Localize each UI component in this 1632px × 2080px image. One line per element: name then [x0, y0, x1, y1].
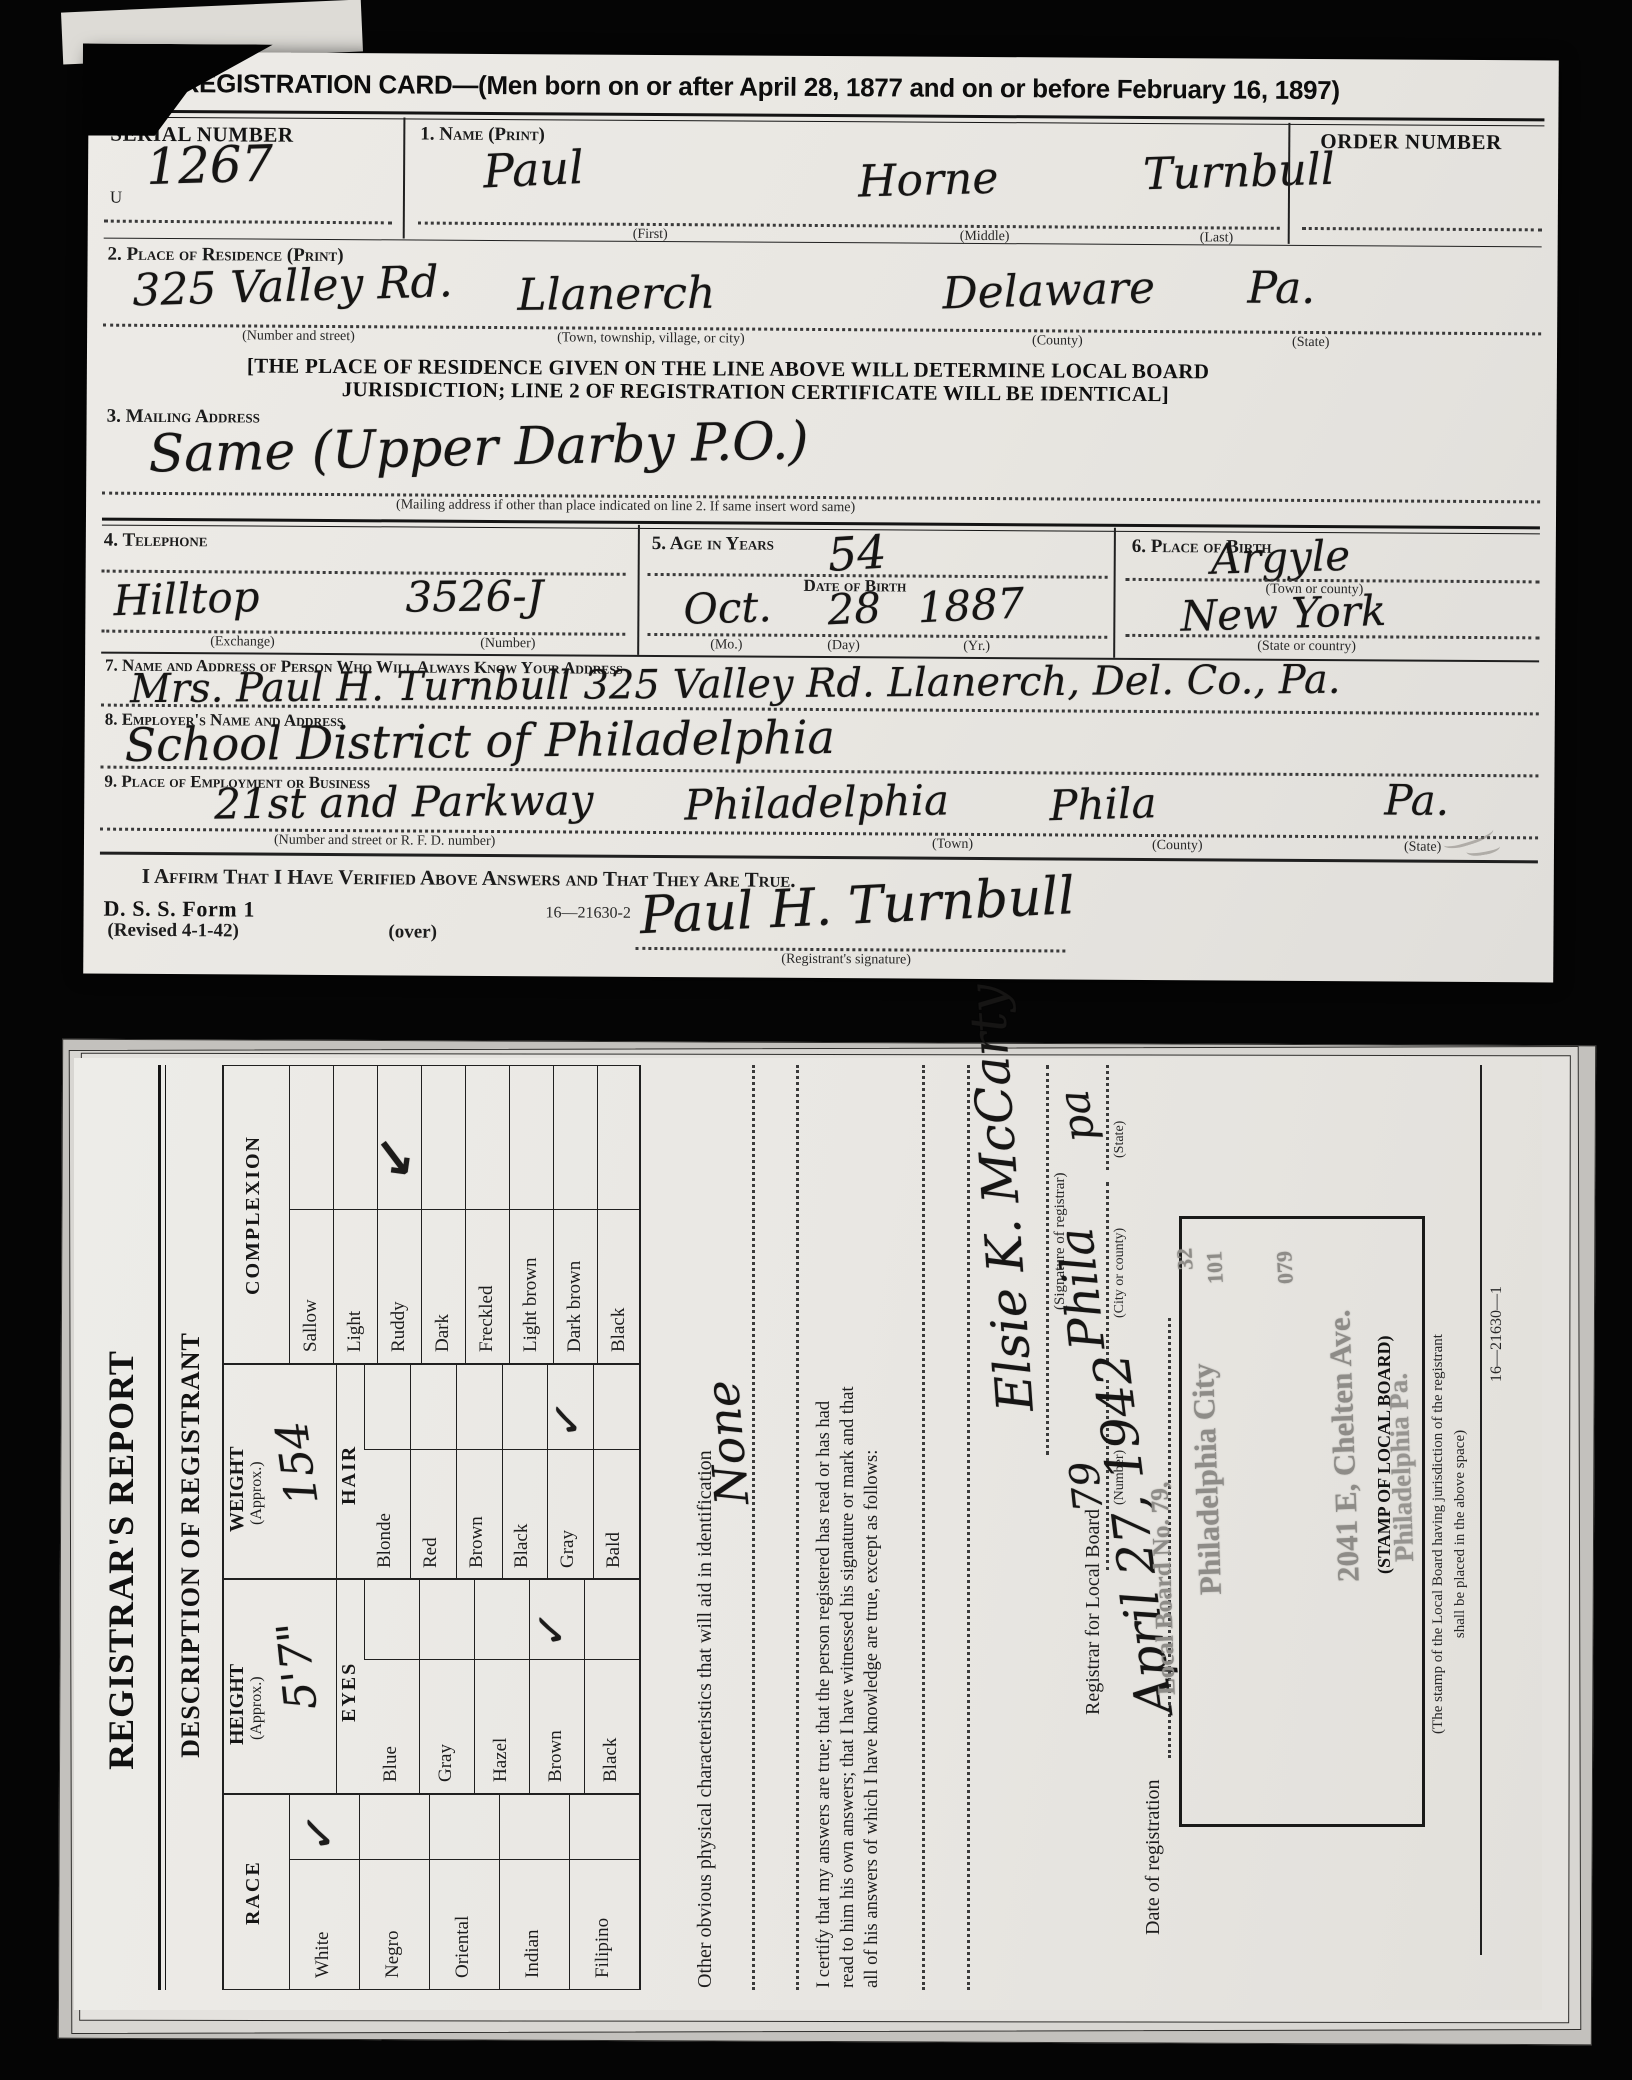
residence-state-caption: (State)	[1292, 335, 1329, 351]
order-line	[1302, 227, 1542, 231]
hair-row-line-3	[502, 1363, 503, 1580]
name-line	[418, 222, 1280, 230]
divider-tel-age	[637, 525, 640, 655]
characteristics-line-2	[796, 1065, 799, 1990]
eyes-option-hazel: Hazel	[490, 1738, 512, 1782]
registrant-signature-caption: (Registrant's signature)	[781, 952, 911, 969]
complexion-row-line-2	[377, 1065, 378, 1365]
affirm-rule	[100, 852, 1538, 864]
telephone-exchange: Hilltop	[113, 572, 260, 625]
employment-town-caption: (Town)	[932, 837, 973, 853]
over-note: (over)	[388, 921, 437, 943]
employment-street: 21st and Parkway	[214, 775, 594, 828]
complexion-option-freckled: Freckled	[476, 1286, 498, 1352]
mailing-value: Same (Upper Darby P.O.)	[148, 411, 809, 484]
complexion-row-line-5	[509, 1065, 510, 1365]
certify-line-3: all of his answers of which I have knowl…	[862, 1450, 883, 1988]
race-option-filipino: Filipino	[592, 1918, 614, 1978]
employment-county: Phila	[1049, 778, 1158, 830]
order-number-label: ORDER NUMBER	[1320, 129, 1502, 155]
residence-street: 325 Valley Rd.	[132, 256, 454, 316]
year-caption: (Yr.)	[963, 639, 990, 655]
rotated-report-content: REGISTRAR'S REPORT DESCRIPTION OF REGIST…	[74, 1058, 1542, 2010]
complexion-option-dark-brown: Dark brown	[564, 1261, 586, 1352]
complexion-header: COMPLEXION	[242, 1135, 265, 1295]
complexion-row-line-1	[333, 1065, 334, 1365]
weight-header-sub: (Approx.)	[248, 1461, 266, 1525]
weight-value: 154	[266, 1418, 328, 1508]
stamp-number-32: 32	[1171, 1247, 1198, 1270]
height-header-sub: (Approx.)	[248, 1676, 266, 1740]
stamp-line-state: Philadelphia Pa.	[1383, 1372, 1421, 1562]
residence-town: Llanerch	[517, 268, 715, 321]
birth-state-caption: (State or country)	[1257, 639, 1356, 656]
race-row-line-4	[569, 1794, 570, 1990]
table-col-line-1	[222, 1793, 641, 1795]
race-option-white: White	[312, 1932, 334, 1978]
registrars-report-card: REGISTRAR'S REPORT DESCRIPTION OF REGIST…	[74, 1058, 1542, 2010]
table-right-border	[222, 1065, 641, 1066]
exchange-caption: (Exchange)	[210, 634, 275, 650]
hair-option-bald: Bald	[603, 1532, 625, 1568]
stamp-note-2: shall be placed in the above space)	[1452, 1058, 1469, 2010]
hair-option-blonde: Blonde	[374, 1513, 396, 1568]
telephone-label: 4. Telephone	[104, 530, 208, 553]
eyes-row-line-1	[419, 1578, 420, 1795]
dob-day: 28	[826, 583, 882, 634]
registration-card: REGISTRATION CARD—(Men born on or after …	[83, 52, 1559, 983]
stamp-note-1: (The stamp of the Local Board having jur…	[1430, 1058, 1447, 2010]
dob-month: Oct.	[683, 582, 773, 634]
weight-header: WEIGHT	[226, 1446, 249, 1532]
report-title: REGISTRAR'S REPORT	[100, 1110, 142, 2010]
height-value: 5'7"	[268, 1619, 328, 1712]
header-rule	[106, 110, 1544, 127]
complexion-row-line-4	[465, 1065, 466, 1365]
board-city-caption: (City or county)	[1112, 1228, 1128, 1318]
employment-county-caption: (County)	[1152, 838, 1203, 854]
hair-subhead-line	[364, 1363, 365, 1450]
stamp-number-101: 101	[1201, 1250, 1229, 1284]
name-last: Turnbull	[1142, 144, 1335, 200]
hair-row-line-5	[593, 1363, 594, 1580]
serial-prefix: U	[110, 188, 122, 208]
board-state-value: pa	[1049, 1087, 1105, 1145]
characteristics-value: None	[695, 1378, 760, 1507]
complexion-check-divider	[289, 1209, 639, 1210]
telephone-line	[101, 630, 625, 636]
race-option-indian: Indian	[522, 1929, 544, 1978]
report-bottom-rule	[1480, 1065, 1482, 1955]
report-subtitle: DESCRIPTION OF REGISTRANT	[176, 1080, 206, 2010]
certify-line-2: read to him his own answers; that I have…	[838, 1386, 859, 1988]
exceptions-line-1	[922, 1065, 925, 1990]
notice-line2: JURISDICTION; LINE 2 OF REGISTRATION CER…	[342, 377, 1169, 407]
race-row-line-2	[429, 1794, 430, 1990]
race-header: RACE	[242, 1860, 265, 1925]
eyes-option-black: Black	[600, 1738, 622, 1782]
eyes-option-brown: Brown	[545, 1730, 567, 1782]
eyes-header: EYES	[338, 1662, 361, 1722]
hair-option-black: Black	[511, 1524, 533, 1568]
age-label: 5. Age in Years	[652, 533, 774, 556]
complexion-row-line-7	[597, 1065, 598, 1365]
hair-row-line-4	[547, 1363, 548, 1580]
print-code-front: 16—21630-2	[546, 904, 631, 923]
characteristics-line-1	[752, 1065, 755, 1990]
eyes-top-line	[336, 1578, 337, 1795]
name-first: Paul	[482, 140, 585, 199]
divider-age-birth	[1113, 528, 1116, 658]
hair-option-gray: Gray	[557, 1530, 579, 1568]
height-header: HEIGHT	[226, 1664, 249, 1745]
name-middle: Horne	[857, 153, 999, 208]
eyes-row-line-2	[474, 1578, 475, 1795]
employment-town: Philadelphia	[684, 775, 950, 829]
employer-value: School District of Philadelphia	[124, 710, 835, 772]
serial-line	[104, 220, 392, 225]
complexion-row-line-3	[421, 1065, 422, 1365]
race-row-line-1	[359, 1794, 360, 1990]
residence-state: Pa.	[1247, 263, 1315, 314]
race-header-line	[289, 1794, 290, 1990]
residence-town-caption: (Town, township, village, or city)	[557, 330, 745, 347]
card-header: REGISTRATION CARD—(Men born on or after …	[181, 68, 1340, 106]
table-left-border	[222, 1989, 641, 1990]
race-check-divider	[289, 1859, 639, 1860]
complexion-header-line	[289, 1065, 290, 1365]
table-top-border	[222, 1065, 224, 1990]
number-caption: (Number)	[480, 636, 535, 652]
hair-option-brown: Brown	[466, 1516, 488, 1568]
eyes-brown-checkmark: ✓	[524, 1609, 579, 1651]
telephone-number: 3526-J	[405, 571, 543, 622]
registrar-signature-line	[1046, 1065, 1049, 1455]
registrar-line-label: Registrar for Local Board	[1082, 1509, 1105, 1715]
birth-state: New York	[1180, 586, 1387, 641]
date-label: Date of registration	[1142, 1780, 1165, 1936]
residence-county: Delaware	[942, 262, 1156, 319]
race-option-oriental: Oriental	[452, 1916, 474, 1978]
eyes-option-blue: Blue	[380, 1746, 402, 1782]
race-row-line-3	[499, 1794, 500, 1990]
hair-option-red: Red	[420, 1537, 442, 1568]
hair-header: HAIR	[338, 1445, 361, 1505]
board-state-line	[1106, 1065, 1109, 1170]
month-caption: (Mo.)	[710, 637, 742, 653]
hair-row-line-2	[456, 1363, 457, 1580]
race-white-checkmark: ✓	[290, 1810, 349, 1856]
complexion-ruddy-arrow-mark: ↙	[363, 1132, 428, 1184]
complexion-row-line-6	[553, 1065, 554, 1365]
eyes-subhead-line	[364, 1578, 365, 1660]
residence-county-caption: (County)	[1032, 333, 1083, 349]
complexion-option-dark: Dark	[432, 1314, 454, 1352]
divider-serial-name	[403, 117, 406, 238]
mailing-caption: (Mailing address if other than place ind…	[396, 497, 855, 516]
complexion-option-light-brown: Light brown	[520, 1258, 542, 1352]
dob-year: 1887	[916, 578, 1025, 632]
form-revision: (Revised 4-1-42)	[107, 920, 239, 943]
divider-name-order	[1288, 123, 1291, 244]
form-id: D. S. S. Form 1	[104, 896, 256, 923]
table-bottom-border	[639, 1065, 641, 1990]
table-col-line-2	[222, 1578, 641, 1580]
eyes-option-gray: Gray	[435, 1744, 457, 1782]
employment-state-caption: (State)	[1404, 840, 1441, 856]
hair-row-line-1	[410, 1363, 411, 1580]
stamp-number-079: 079	[1271, 1250, 1299, 1284]
serial-number-value: 1267	[145, 134, 274, 196]
exceptions-line-2	[967, 1065, 970, 1990]
complexion-option-sallow: Sallow	[300, 1299, 322, 1352]
hair-top-line	[336, 1363, 337, 1580]
eyes-row-line-4	[584, 1578, 585, 1795]
complexion-option-ruddy: Ruddy	[388, 1301, 410, 1352]
residence-street-caption: (Number and street)	[242, 328, 355, 345]
complexion-option-light: Light	[344, 1311, 366, 1352]
employment-state: Pa.	[1384, 775, 1449, 824]
certify-line-1: I certify that my answers are true; that…	[814, 1401, 835, 1988]
scanned-draft-cards-page: REGISTRATION CARD—(Men born on or after …	[0, 0, 1632, 2080]
characteristics-label: Other obvious physical characteristics t…	[694, 1450, 717, 1988]
report-title-rule	[158, 1065, 166, 1990]
complexion-option-black: Black	[608, 1308, 630, 1352]
birth-town: Argyle	[1210, 531, 1351, 584]
day-caption: (Day)	[827, 638, 860, 654]
print-code-back: 16—21630—1	[1488, 1286, 1506, 1382]
eyes-check-divider	[364, 1659, 639, 1660]
employment-street-caption: (Number and street or R. F. D. number)	[274, 833, 495, 850]
board-state-caption: (State)	[1112, 1121, 1128, 1158]
race-option-negro: Negro	[382, 1931, 404, 1978]
table-col-line-3	[222, 1363, 641, 1365]
